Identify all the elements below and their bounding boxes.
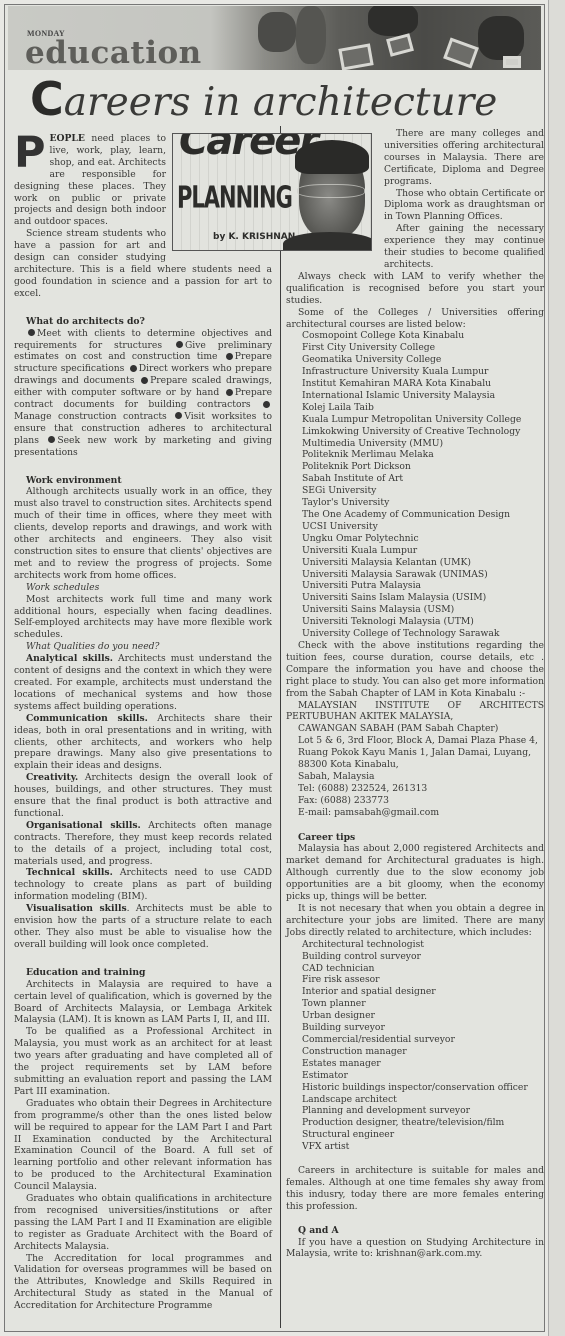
section-title: education xyxy=(25,36,202,70)
bottom-rule xyxy=(4,1331,545,1332)
qa-paragraph: If you have a question on Studying Archi… xyxy=(286,1237,544,1261)
body-paragraph: Although architects usually work in an o… xyxy=(14,486,272,581)
list-item: Taylor's University xyxy=(302,497,544,509)
list-item: Historic buildings inspector/conservatio… xyxy=(302,1082,544,1094)
body-paragraph: Architects in Malaysia are required to h… xyxy=(14,979,272,1027)
section-heading: Q and A xyxy=(286,1225,544,1237)
list-item: Politeknik Merlimau Melaka xyxy=(302,449,544,461)
contact-tel: Tel: (6088) 232524, 261313 xyxy=(286,783,544,795)
list-item: Universiti Kuala Lumpur xyxy=(302,545,544,557)
bullet-icon xyxy=(141,377,148,384)
headline-text: areers in architecture xyxy=(64,80,498,125)
headline: Careers in architecture xyxy=(30,72,530,126)
list-item: Ungku Omar Polytechnic xyxy=(302,533,544,545)
list-item: Planning and development surveyor xyxy=(302,1105,544,1117)
contact-org: MALAYSIAN INSTITUTE OF ARCHITECTS PERTUB… xyxy=(286,700,544,724)
list-item: Urban designer xyxy=(302,1010,544,1022)
section-heading: Education and training xyxy=(14,967,272,979)
list-item: Politeknik Port Dickson xyxy=(302,461,544,473)
list-item: Commercial/residential surveyor xyxy=(302,1034,544,1046)
list-item: Kuala Lumpur Metropolitan University Col… xyxy=(302,414,544,426)
list-item: VFX artist xyxy=(302,1141,544,1153)
list-item: Town planner xyxy=(302,998,544,1010)
list-item: Interior and spatial designer xyxy=(302,986,544,998)
skill-paragraph: Analytical skills. Architects must under… xyxy=(14,653,272,713)
bullet-icon xyxy=(263,401,270,408)
jobs-list: Architectural technologist Building cont… xyxy=(286,939,544,1153)
bullet-icon xyxy=(176,341,183,348)
body-paragraph: Graduates who obtain their Degrees in Ar… xyxy=(14,1098,272,1193)
skill-paragraph: Communication skills. Architects share t… xyxy=(14,713,272,773)
section-banner: MONDAY education xyxy=(8,6,541,70)
page-edge xyxy=(548,0,565,1336)
body-paragraph: There are many colleges and universities… xyxy=(384,128,544,188)
left-column: Career PLANNING by K. KRISHNAN PEOPLE ne… xyxy=(14,133,272,1312)
body-paragraph: Most architects work full time and many … xyxy=(14,594,272,642)
list-item: CAD technician xyxy=(302,963,544,975)
lead-word: EOPLE xyxy=(50,133,85,144)
body-paragraph: Careers in architecture is suitable for … xyxy=(286,1165,544,1213)
skill-paragraph: Visualisation skills. Architects must be… xyxy=(14,903,272,951)
list-item: Universiti Malaysia Sarawak (UNIMAS) xyxy=(302,569,544,581)
list-item: Universiti Teknologi Malaysia (UTM) xyxy=(302,616,544,628)
list-item: Estimator xyxy=(302,1070,544,1082)
list-item: Limkokwing University of Creative Techno… xyxy=(302,426,544,438)
list-item: Kolej Laila Taib xyxy=(302,402,544,414)
banner-photo xyxy=(248,6,541,70)
list-item: Production designer, theatre/television/… xyxy=(302,1117,544,1129)
body-paragraph: Graduates who obtain qualifications in a… xyxy=(14,1193,272,1253)
list-item: Structural engineer xyxy=(302,1129,544,1141)
right-column: There are many colleges and universities… xyxy=(286,128,544,1260)
list-item: First City University College xyxy=(302,342,544,354)
drop-cap: P xyxy=(14,135,46,171)
body-paragraph: Check with the above institutions regard… xyxy=(286,640,544,700)
list-item: Universiti Putra Malaysia xyxy=(302,580,544,592)
subheading: Work schedules xyxy=(14,582,272,594)
list-item: Universiti Sains Malaysia (USM) xyxy=(302,604,544,616)
headline-initial: C xyxy=(30,72,64,126)
list-item: Architectural technologist xyxy=(302,939,544,951)
institution-list: Cosmopoint College Kota Kinabalu First C… xyxy=(286,330,544,640)
section-heading: What do architects do? xyxy=(14,316,272,328)
body-paragraph: The Accreditation for local programmes a… xyxy=(14,1253,272,1313)
body-paragraph: Some of the Colleges / Universities offe… xyxy=(286,307,544,331)
list-item: Infrastructure University Kuala Lumpur xyxy=(302,366,544,378)
body-paragraph: It is not necesary that when you obtain … xyxy=(286,903,544,939)
contact-address: Sabah, Malaysia xyxy=(286,771,544,783)
list-item: University College of Technology Sarawak xyxy=(302,628,544,640)
list-item: The One Academy of Communication Design xyxy=(302,509,544,521)
list-item: Landscape architect xyxy=(302,1094,544,1106)
body-paragraph: Malaysia has about 2,000 registered Arch… xyxy=(286,843,544,903)
list-item: Cosmopoint College Kota Kinabalu xyxy=(302,330,544,342)
body-paragraph: Always check with LAM to verify whether … xyxy=(286,271,544,307)
list-item: Building surveyor xyxy=(302,1022,544,1034)
body-paragraph: After gaining the necessary experience t… xyxy=(286,223,544,271)
list-item: Estates manager xyxy=(302,1058,544,1070)
list-item: UCSI University xyxy=(302,521,544,533)
bullet-icon xyxy=(48,436,55,443)
list-item: Building control surveyor xyxy=(302,951,544,963)
contact-org-branch: CAWANGAN SABAH (PAM Sabah Chapter) xyxy=(286,723,544,735)
skill-paragraph: Technical skills. Architects need to use… xyxy=(14,867,272,903)
wrap-area: There are many colleges and universities… xyxy=(286,128,544,223)
section-heading: Career tips xyxy=(286,832,544,844)
bullet-icon xyxy=(28,329,35,336)
list-item: Geomatika University College xyxy=(302,354,544,366)
skill-paragraph: Organisational skills. Architects often … xyxy=(14,820,272,868)
list-item: Fire risk assesor xyxy=(302,974,544,986)
list-item: Universiti Malaysia Kelantan (UMK) xyxy=(302,557,544,569)
bullet-icon xyxy=(226,389,233,396)
list-item: Universiti Sains Islam Malaysia (USIM) xyxy=(302,592,544,604)
skill-paragraph: Creativity. Architects design the overal… xyxy=(14,772,272,820)
list-item: SEGi University xyxy=(302,485,544,497)
subheading: What Qualities do you need? xyxy=(14,641,272,653)
duties-list: Meet with clients to determine objective… xyxy=(14,328,272,459)
list-item: Construction manager xyxy=(302,1046,544,1058)
list-item: Institut Kemahiran MARA Kota Kinabalu xyxy=(302,378,544,390)
section-heading: Work environment xyxy=(14,475,272,487)
list-item: Sabah Institute of Art xyxy=(302,473,544,485)
column-divider xyxy=(280,126,281,1328)
bullet-icon xyxy=(226,353,233,360)
contact-address: Lot 5 & 6, 3rd Floor, Block A, Damai Pla… xyxy=(286,735,544,771)
contact-fax: Fax: (6088) 233773 xyxy=(286,795,544,807)
bullet-icon xyxy=(130,365,137,372)
contact-email[interactable]: E-mail: pamsabah@gmail.com xyxy=(286,807,544,819)
planning-title: PLANNING xyxy=(177,190,292,207)
body-paragraph: To be qualified as a Professional Archit… xyxy=(14,1026,272,1097)
list-item: Multimedia University (MMU) xyxy=(302,438,544,450)
bullet-icon xyxy=(175,412,182,419)
list-item: International Islamic University Malaysi… xyxy=(302,390,544,402)
body-paragraph: Those who obtain Certificate or Diploma … xyxy=(384,188,544,224)
